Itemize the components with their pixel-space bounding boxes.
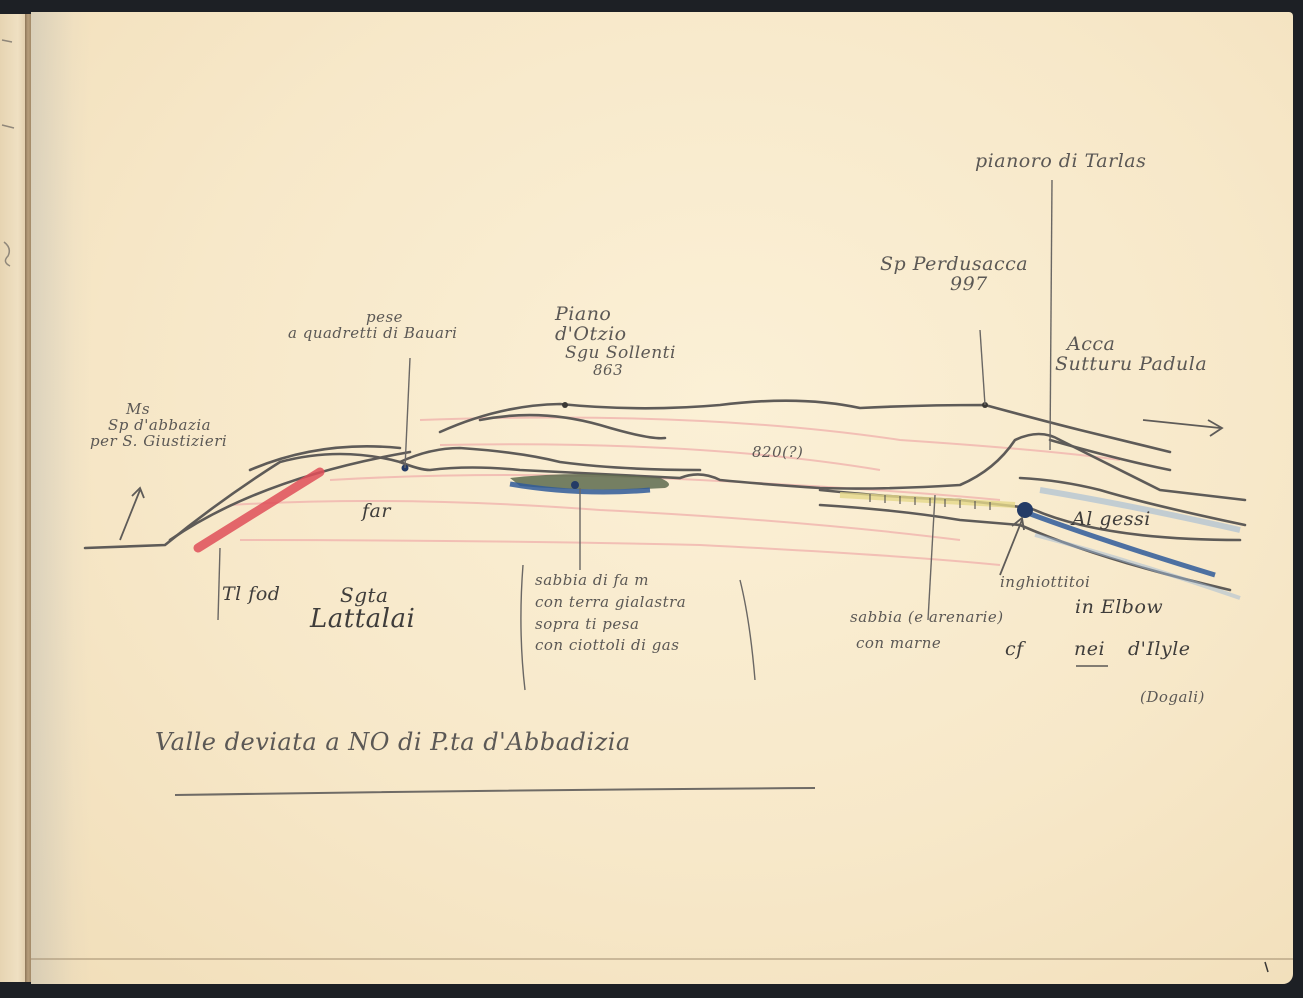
annotation-cf: cf	[1005, 640, 1024, 660]
label-line: sabbia di fa m	[535, 570, 686, 592]
label-line: sopra ti pesa	[535, 614, 686, 636]
label-line: Piano	[555, 305, 676, 325]
sinkhole-marker	[1017, 502, 1033, 518]
annotation-bottom-left-a: Tl fod	[222, 585, 280, 605]
label-line: a quadretti di Bauari	[288, 326, 457, 342]
annotation-di-ilyle: d'Ilyle	[1128, 640, 1191, 660]
annotation-al-gessi: Al gessi	[1072, 510, 1151, 530]
elevation-mid: 820(?)	[752, 445, 803, 461]
annotation-con-marne: con marne	[856, 636, 941, 652]
caption: Valle deviata a NO di P.ta d'Abbadizia	[155, 730, 631, 755]
annotation-piano: Piano d'Otzio Sgu Sollenti 863	[555, 305, 676, 378]
annotation-top-left: Ms Sp d'abbazia per S. Giustizieri	[90, 402, 227, 449]
label-line: Sp Perdusacca	[880, 255, 1028, 275]
annotation-bottom-left-b: Sgta Lattalai	[310, 585, 415, 633]
annotation-mid-box: sabbia di fa m con terra gialastra sopra…	[535, 570, 686, 657]
label-line: con ciottoli di gas	[535, 635, 686, 657]
left-page-marks	[2, 40, 14, 266]
annotation-in-elbow: in Elbow	[1075, 598, 1163, 618]
annotation-nei: nei	[1074, 640, 1105, 660]
label-line: Acca	[1067, 335, 1207, 355]
elevation-value: 997	[950, 275, 1028, 295]
label-line: con terra gialastra	[535, 592, 686, 614]
notebook-scan: Ms Sp d'abbazia per S. Giustizieri pese …	[0, 0, 1303, 998]
valley-marker	[571, 481, 579, 489]
annotation-far: far	[362, 502, 391, 522]
annotation-sabbia: sabbia (e arenarie)	[850, 610, 1004, 626]
red-layer	[198, 472, 320, 548]
label-line: per S. Giustizieri	[90, 434, 227, 450]
annotation-rock-label: pese a quadretti di Bauari	[288, 310, 457, 342]
annotation-peak: Sp Perdusacca 997	[880, 255, 1028, 295]
label-line: d'Otzio	[555, 325, 676, 345]
annotation-dogali: (Dogali)	[1140, 690, 1205, 706]
pink-strata	[230, 418, 1120, 566]
elevation-value: 863	[593, 363, 676, 379]
label-line: Sutturu Padula	[1055, 355, 1207, 375]
annotation-right: Acca Sutturu Padula	[1055, 335, 1207, 375]
caption-underline	[175, 788, 815, 795]
label-line: Lattalai	[310, 606, 415, 633]
yellow-layer	[840, 495, 1015, 505]
annotation-top-right: pianoro di Tarlas	[975, 152, 1146, 172]
annotation-inghiottitoi: inghiottitoi	[1000, 575, 1090, 591]
label-line: Sgta	[340, 585, 415, 606]
